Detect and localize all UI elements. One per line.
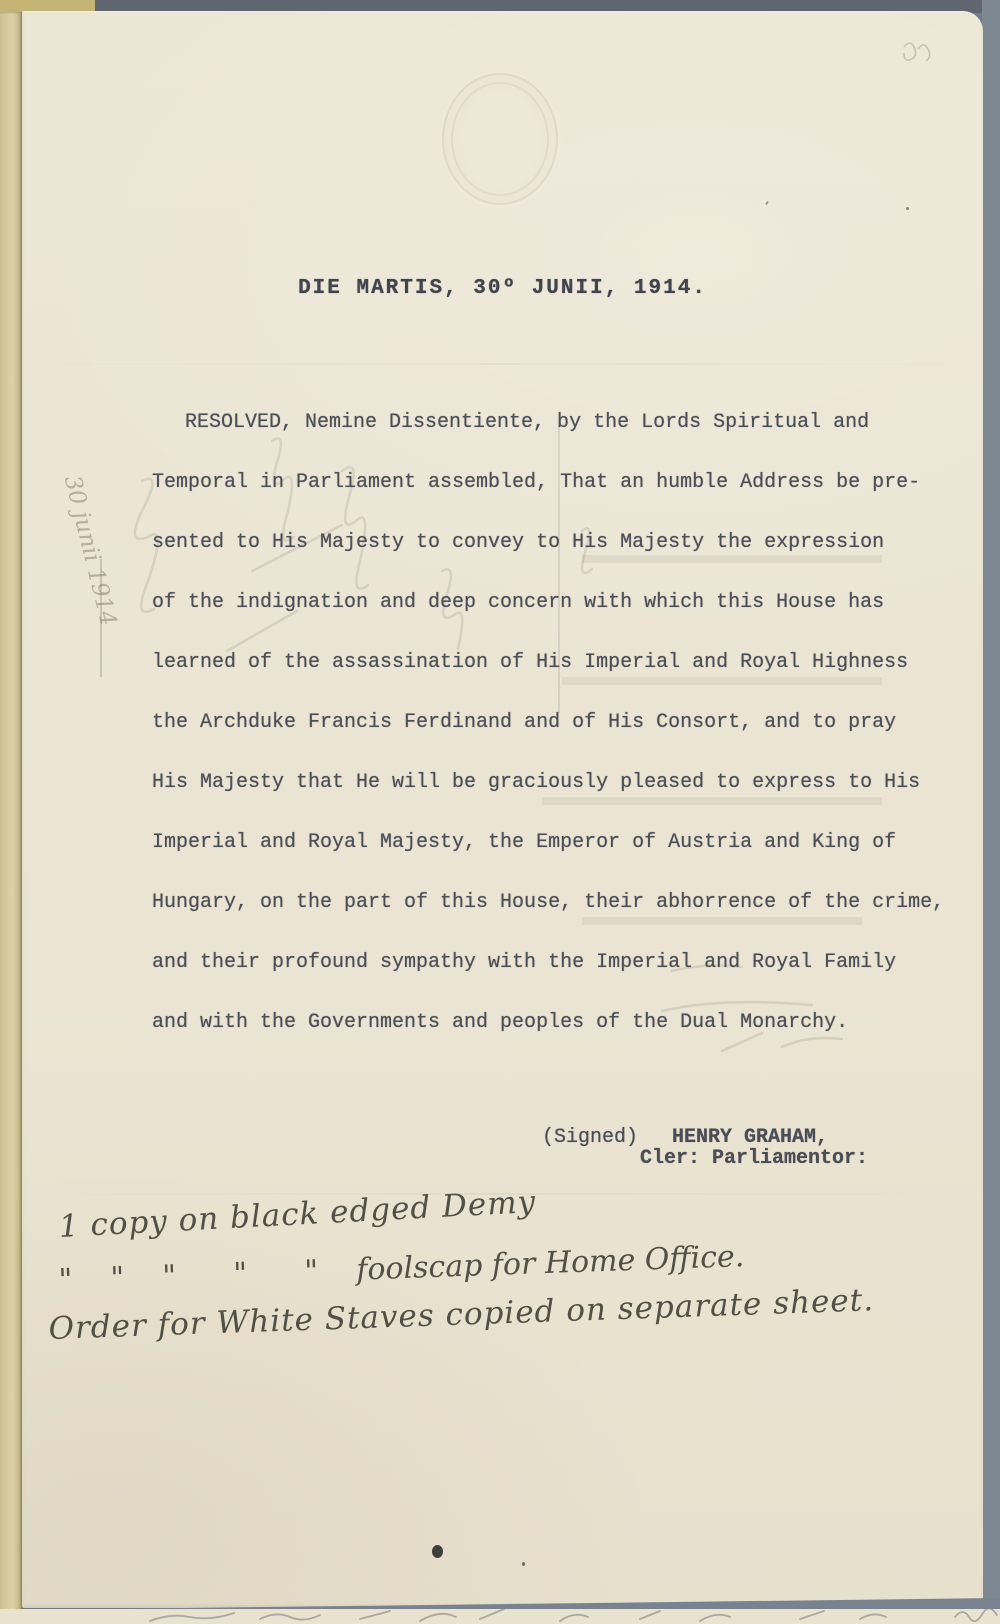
next-page-writing-marks <box>0 1609 1000 1624</box>
body-line: learned of the assassination of His Impe… <box>152 633 962 693</box>
body-line: Temporal in Parliament assembled, That a… <box>152 453 962 513</box>
body-line: Hungary, on the part of this House, thei… <box>152 873 962 933</box>
body-line: Imperial and Royal Majesty, the Emperor … <box>152 813 962 873</box>
ink-speck <box>765 201 769 205</box>
body-line: sented to His Majesty to convey to His M… <box>152 513 962 573</box>
document-page: DIE MARTIS, 30º JUNII, 1914. RESOLVED, N… <box>22 11 983 1608</box>
ink-speck <box>906 207 909 210</box>
ink-speck <box>522 1562 525 1566</box>
underlying-page-edge <box>0 12 23 1624</box>
backdrop-right-band <box>982 0 1000 1624</box>
embossed-seal-stamp <box>442 73 558 205</box>
body-line: of the indignation and deep concern with… <box>152 573 962 633</box>
body-line: and their profound sympathy with the Imp… <box>152 933 962 993</box>
margin-annotation: 30 junii 1914 <box>59 473 121 629</box>
photo-backdrop: DIE MARTIS, 30º JUNII, 1914. RESOLVED, N… <box>0 0 1000 1624</box>
signature-role: Cler: Parliamentor: <box>640 1147 868 1170</box>
signature-name: HENRY GRAHAM, <box>672 1126 828 1149</box>
handwritten-note-2: " " " " " foolscap for Home Office. <box>58 1239 745 1298</box>
body-line: and with the Governments and peoples of … <box>152 993 962 1053</box>
signed-label: (Signed) <box>542 1126 638 1149</box>
body-line: the Archduke Francis Ferdinand and of Hi… <box>152 693 962 753</box>
document-title: DIE MARTIS, 30º JUNII, 1914. <box>22 277 983 300</box>
resolution-text: RESOLVED, Nemine Dissentiente, by the Lo… <box>152 393 962 1053</box>
body-line: RESOLVED, Nemine Dissentiente, by the Lo… <box>152 393 962 453</box>
ink-blot <box>432 1545 443 1558</box>
body-line: His Majesty that He will be graciously p… <box>152 753 962 813</box>
next-page-edge <box>0 1609 1000 1624</box>
fold-crease <box>22 363 983 365</box>
